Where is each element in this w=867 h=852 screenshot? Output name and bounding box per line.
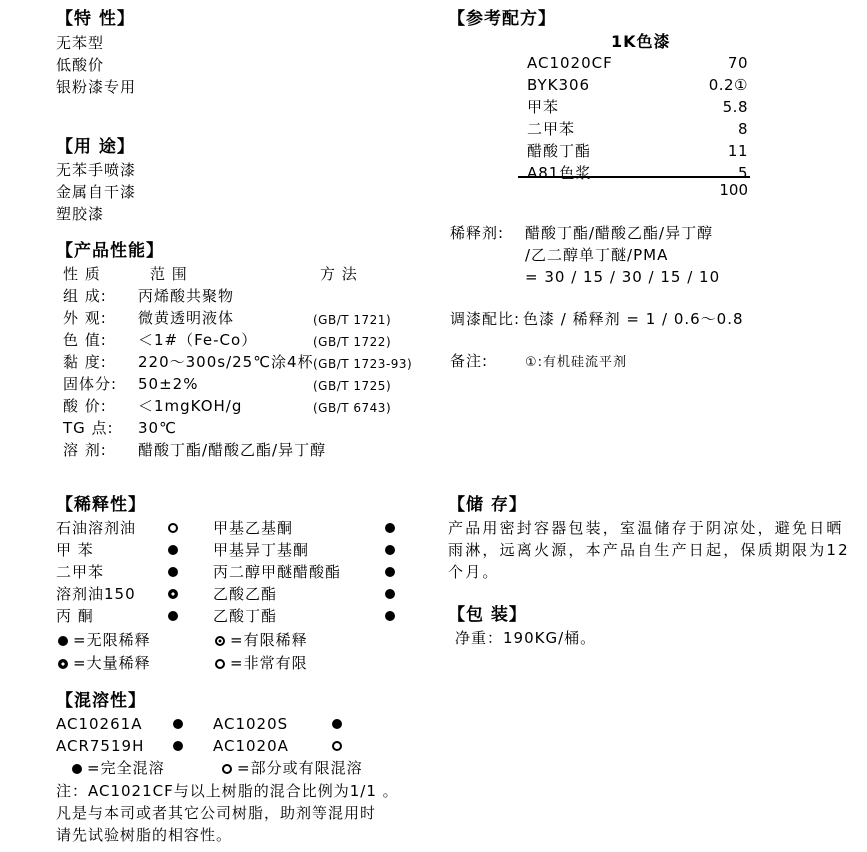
net-weight: 净重：190KG/桶。 [455,627,867,649]
ingredient-name: AC1020CF [527,52,613,74]
performance-row: 黏 度: 220～300s/25℃涂4杯 (GB/T 1723-93) [56,351,426,373]
formula-row: AC1020CF 70 [448,52,758,74]
property-label: 酸 价: [63,395,107,417]
section-uses: 【用 途】 无苯手喷漆 金属自干漆 塑胶漆 [56,136,136,225]
miscibility-note: 注：AC1021CF与以上树脂的混合比例为1/1 。 [56,780,436,802]
dilution-symbol [385,545,395,555]
property-value: 醋酸丁酯/醋酸乙酯/异丁醇 [138,439,326,461]
test-method: (GB/T 1722) [313,331,391,353]
characteristics-item: 低酸价 [56,54,136,76]
legend-label: =部分或有限混溶 [237,757,363,780]
test-method: (GB/T 1725) [313,375,391,397]
performance-row: 溶 剂: 醋酸丁酯/醋酸乙酯/异丁醇 [56,439,426,461]
dilution-symbol [385,567,395,577]
uses-title: 【用 途】 [56,136,136,159]
property-value: 220～300s/25℃涂4杯 [138,351,314,373]
storage-text: 个月。 [448,561,867,583]
test-method: (GB/T 6743) [313,397,391,419]
dilution-title: 【稀释性】 [56,494,426,517]
miscibility-title: 【混溶性】 [56,690,436,713]
legend-item: =完全混溶 [72,757,165,780]
dilution-symbol [385,589,395,599]
formula-row: BYK306 0.2① [448,74,758,96]
performance-header-row: 性 质 范 围 方 法 [56,263,426,285]
dilution-legend-row: =大量稀释 =非常有限 [56,652,426,675]
performance-row: 酸 价: ＜1mgKOH/g (GB/T 6743) [56,395,426,417]
test-method: (GB/T 1721) [313,309,391,331]
thinner-line: 醋酸丁酯/醋酸乙酯/异丁醇 [525,222,713,244]
property-value: ＜1#（Fe-Co） [138,329,257,351]
miscibility-symbol [332,719,342,729]
section-dilution: 【稀释性】 石油溶剂油 甲基乙基酮 甲 苯 甲基异丁基酮 二甲苯 丙二醇甲醚醋酸… [56,494,426,675]
miscibility-symbol [173,741,183,751]
performance-row: TG 点: 30℃ [56,417,426,439]
ingredient-amount: 8 [688,118,748,140]
solvent-label: 二甲苯 [56,561,104,583]
miscibility-row: ACR7519H AC1020A [56,735,436,757]
remark-value: ①:有机硅流平剂 [525,352,627,374]
ingredient-amount: 0.2① [688,74,748,96]
test-method: (GB/T 1723-93) [313,353,412,375]
formula-subtitle: 1K色漆 [611,31,671,52]
property-label: 黏 度: [63,351,107,373]
legend-symbol [58,659,68,669]
resin-label: ACR7519H [56,735,144,757]
solvent-label: 乙酸乙酯 [213,583,277,605]
dilution-symbol [168,567,178,577]
property-label: TG 点: [63,417,114,439]
formula-total: 100 [688,181,748,199]
property-label: 外 观: [63,307,107,329]
property-value: ＜1mgKOH/g [138,395,242,417]
characteristics-item: 无苯型 [56,32,136,54]
miscibility-symbol [173,719,183,729]
legend-symbol [222,764,232,774]
property-label: 固体分: [63,373,117,395]
performance-row: 外 观: 微黄透明液体 (GB/T 1721) [56,307,426,329]
formula-sum-rule [518,176,750,178]
ingredient-name: 二甲苯 [527,118,575,140]
uses-item: 塑胶漆 [56,203,136,225]
ingredient-name: 醋酸丁酯 [527,140,591,162]
performance-title: 【产品性能】 [56,240,426,263]
legend-symbol [72,764,82,774]
property-value: 50±2% [138,373,198,395]
legend-symbol [215,659,225,669]
thinner-line: /乙二醇单丁醚/PMA [525,244,668,266]
dilution-symbol [168,523,178,533]
property-value: 30℃ [138,417,177,439]
dilution-legend-row: =无限稀释 =有限稀释 [56,629,426,652]
resin-label: AC1020A [213,735,289,757]
performance-row: 组 成: 丙烯酸共聚物 [56,285,426,307]
uses-item: 无苯手喷漆 [56,159,136,181]
legend-label: =完全混溶 [87,757,165,780]
dilution-symbol [168,589,178,599]
dilution-symbol [168,545,178,555]
solvent-label: 溶剂油150 [56,583,136,605]
performance-row: 固体分: 50±2% (GB/T 1725) [56,373,426,395]
formula-row: 甲苯 5.8 [448,96,758,118]
legend-label: =有限稀释 [230,629,308,652]
formula-table: AC1020CF 70 BYK306 0.2① 甲苯 5.8 二甲苯 8 醋酸丁… [448,52,758,184]
formula-row: 二甲苯 8 [448,118,758,140]
dilution-row: 二甲苯 丙二醇甲醚醋酸酯 [56,561,426,583]
dilution-row: 石油溶剂油 甲基乙基酮 [56,517,426,539]
property-value: 丙烯酸共聚物 [138,285,234,307]
ingredient-amount: 5.8 [688,96,748,118]
characteristics-title: 【特 性】 [56,8,136,31]
ingredient-name: A81色浆 [527,162,591,184]
legend-item: =有限稀释 [215,629,308,652]
thinner-label: 稀释剂: [450,222,504,244]
thinner-line: = 30 / 15 / 30 / 15 / 10 [525,266,720,288]
performance-header-range: 范 围 [150,263,188,285]
ratio-label: 调漆配比: [450,308,520,330]
section-performance: 【产品性能】 性 质 范 围 方 法 组 成: 丙烯酸共聚物 外 观: 微黄透明… [56,240,426,461]
legend-symbol [215,636,225,646]
solvent-label: 丙二醇甲醚醋酸酯 [213,561,341,583]
solvent-label: 甲基乙基酮 [213,517,293,539]
miscibility-symbol [332,741,342,751]
storage-text: 雨淋，远离火源，本产品自生产日起，保质期限为12 [448,539,867,561]
dilution-row: 甲 苯 甲基异丁基酮 [56,539,426,561]
packaging-title: 【包 装】 [448,604,867,627]
legend-symbol [58,636,68,646]
characteristics-item: 银粉漆专用 [56,76,136,98]
dilution-symbol [385,611,395,621]
ingredient-amount: 70 [688,52,748,74]
miscibility-note: 凡是与本司或者其它公司树脂，助剂等混用时 [56,802,436,824]
legend-label: =非常有限 [230,652,308,675]
section-characteristics: 【特 性】 无苯型 低酸价 银粉漆专用 [56,8,136,98]
property-label: 溶 剂: [63,439,107,461]
property-label: 组 成: [63,285,107,307]
datasheet-page: { "characteristics": { "title": "【特 性】",… [0,0,867,852]
solvent-label: 石油溶剂油 [56,517,136,539]
formula-row: 醋酸丁酯 11 [448,140,758,162]
miscibility-note: 请先试验树脂的相容性。 [56,824,436,846]
solvent-label: 乙酸丁酯 [213,605,277,627]
section-packaging: 【包 装】 净重：190KG/桶。 [448,604,867,649]
ingredient-name: BYK306 [527,74,590,96]
performance-header-property: 性 质 [63,263,101,285]
legend-label: =无限稀释 [73,629,151,652]
legend-item: =部分或有限混溶 [222,757,363,780]
dilution-symbol [168,611,178,621]
property-label: 色 值: [63,329,107,351]
legend-item: =无限稀释 [58,629,151,652]
dilution-row: 溶剂油150 乙酸乙酯 [56,583,426,605]
ratio-value: 色漆 / 稀释剂 = 1 / 0.6～0.8 [523,308,744,330]
legend-item: =大量稀释 [58,652,151,675]
legend-item: =非常有限 [215,652,308,675]
ingredient-name: 甲苯 [527,96,559,118]
dilution-row: 丙 酮 乙酸丁酯 [56,605,426,627]
storage-title: 【储 存】 [448,494,867,517]
section-miscibility: 【混溶性】 AC10261A AC1020S ACR7519H AC1020A … [56,690,436,846]
performance-header-method: 方 法 [320,263,358,285]
dilution-symbol [385,523,395,533]
remark-label: 备注: [450,350,488,372]
formula-title: 【参考配方】 [448,8,867,31]
legend-label: =大量稀释 [73,652,151,675]
miscibility-legend-row: =完全混溶 =部分或有限混溶 [56,757,436,780]
section-formula: 【参考配方】 1K色漆 AC1020CF 70 BYK306 0.2① 甲苯 5… [448,8,867,388]
property-value: 微黄透明液体 [138,307,234,329]
solvent-label: 甲 苯 [56,539,94,561]
performance-row: 色 值: ＜1#（Fe-Co） (GB/T 1722) [56,329,426,351]
miscibility-row: AC10261A AC1020S [56,713,436,735]
solvent-label: 甲基异丁基酮 [213,539,309,561]
ingredient-amount: 11 [688,140,748,162]
storage-text: 产品用密封容器包装，室温储存于阴凉处，避免日晒 [448,517,867,539]
solvent-label: 丙 酮 [56,605,94,627]
uses-item: 金属自干漆 [56,181,136,203]
resin-label: AC10261A [56,713,142,735]
resin-label: AC1020S [213,713,288,735]
section-storage: 【储 存】 产品用密封容器包装，室温储存于阴凉处，避免日晒 雨淋，远离火源，本产… [448,494,867,583]
